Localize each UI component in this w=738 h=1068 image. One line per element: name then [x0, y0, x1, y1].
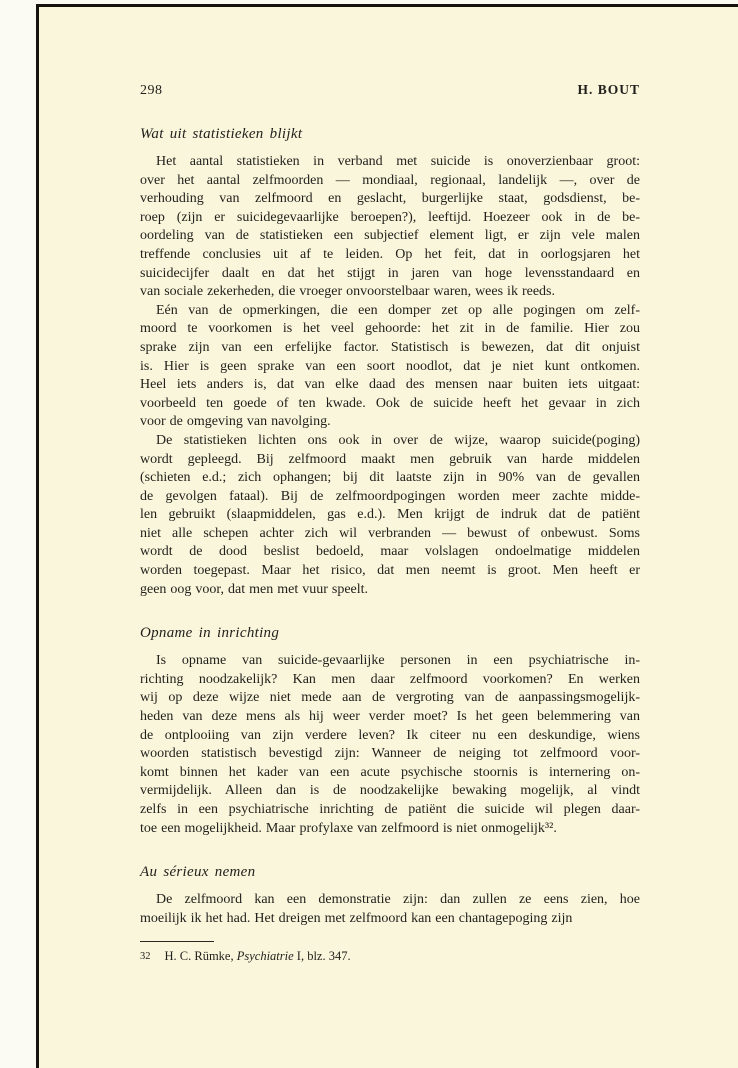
text-line: Het aantal statistieken in verband met s… — [140, 153, 640, 172]
text-line: de gevolgen fataal). Bij de zelfmoordpog… — [140, 488, 640, 507]
footnote-text-after: I, blz. 347. — [294, 949, 351, 963]
scanned-book-page: 298 H. BOUT Wat uit statistieken blijktH… — [0, 0, 738, 1068]
text-line: is. Hier is geen sprake van een soort no… — [140, 358, 640, 377]
text-line: sprake zijn van een erfelijke factor. St… — [140, 339, 640, 358]
section-heading: Au sérieux nemen — [140, 863, 640, 882]
footnote-text: H. C. Rümke, Psychiatrie I, blz. 347. — [165, 949, 351, 963]
text-line: voorbeeld ten goede of ten kwade. Ook de… — [140, 395, 640, 414]
text-line: toe een mogelijkheid. Maar profylaxe van… — [140, 820, 640, 839]
text-line: wordt de dood beslist bedoeld, maar vols… — [140, 543, 640, 562]
text-line: heden van deze mens als hij weer verder … — [140, 708, 640, 727]
text-line: (schieten e.d.; zich ophangen; bij dit l… — [140, 469, 640, 488]
text-line: wij op deze wijze niet mede aan de vergr… — [140, 689, 640, 708]
running-header: 298 H. BOUT — [140, 81, 640, 100]
text-line: richting noodzakelijk? Kan men daar zelf… — [140, 671, 640, 690]
text-line: De zelfmoord kan een demonstratie zijn: … — [140, 891, 640, 910]
text-line: vermijdelijk. Alleen dan is de noodzakel… — [140, 782, 640, 801]
text-line: oordeling van de statistieken een subjec… — [140, 227, 640, 246]
paragraph: De statistieken lichten ons ook in over … — [140, 432, 640, 599]
text-line: treffende conclusies uit af te leiden. O… — [140, 246, 640, 265]
text-line: De statistieken lichten ons ook in over … — [140, 432, 640, 451]
section-heading: Opname in inrichting — [140, 624, 640, 643]
footnote-text-before: H. C. Rümke, — [165, 949, 237, 963]
page-surface: 298 H. BOUT Wat uit statistieken blijktH… — [36, 4, 738, 1068]
text-line: Eén van de opmerkingen, die een domper z… — [140, 302, 640, 321]
text-line: over het aantal zelfmoorden — mondiaal, … — [140, 172, 640, 191]
text-line: geen oog voor, dat men met vuur speelt. — [140, 581, 640, 600]
section-heading: Wat uit statistieken blijkt — [140, 125, 640, 144]
paragraph: De zelfmoord kan een demonstratie zijn: … — [140, 891, 640, 928]
page-number: 298 — [140, 82, 163, 100]
paragraph: Eén van de opmerkingen, die een domper z… — [140, 302, 640, 432]
text-line: de ontplooiing van zijn verdere leven? I… — [140, 727, 640, 746]
footnote-work-title: Psychiatrie — [237, 949, 294, 963]
text-line: van sociale zekerheden, die vroeger onvo… — [140, 283, 640, 302]
text-line: moord te voorkomen is het veel gehoorde:… — [140, 320, 640, 339]
text-line: voor de omgeving van navolging. — [140, 413, 640, 432]
running-head-author: H. BOUT — [577, 81, 640, 99]
text-line: zelfs in een psychiatrische inrichting d… — [140, 801, 640, 820]
paragraph: Is opname van suicide-gevaarlijke person… — [140, 652, 640, 838]
page-body: Wat uit statistieken blijktHet aantal st… — [140, 125, 640, 928]
text-line: niet alle schepen achter zich wil verbra… — [140, 525, 640, 544]
text-line: verhouding van zelfmoord en geslacht, bu… — [140, 190, 640, 209]
footnote: 32H. C. Rümke, Psychiatrie I, blz. 347. — [140, 948, 640, 965]
text-line: Heel iets anders is, dat van elke daad d… — [140, 376, 640, 395]
text-line: woorden statistisch bevestigd zijn: Wann… — [140, 745, 640, 764]
page-content: 298 H. BOUT Wat uit statistieken blijktH… — [39, 7, 738, 965]
text-line: wordt gepleegd. Bij zelfmoord maakt men … — [140, 451, 640, 470]
text-line: len gebruikt (slaapmiddelen, gas e.d.). … — [140, 506, 640, 525]
text-line: moeilijk ik het had. Het dreigen met zel… — [140, 910, 640, 929]
text-line: roep (zijn er suicidegevaarlijke beroepe… — [140, 209, 640, 228]
text-line: komt binnen het kader van een acute psyc… — [140, 764, 640, 783]
footnote-marker: 32 — [140, 951, 151, 962]
text-line: Is opname van suicide-gevaarlijke person… — [140, 652, 640, 671]
paragraph: Het aantal statistieken in verband met s… — [140, 153, 640, 302]
text-line: worden toegepast. Maar het risico, dat m… — [140, 562, 640, 581]
text-line: suicidecijfer daalt en dat het stijgt in… — [140, 265, 640, 284]
footnote-rule — [140, 941, 214, 942]
